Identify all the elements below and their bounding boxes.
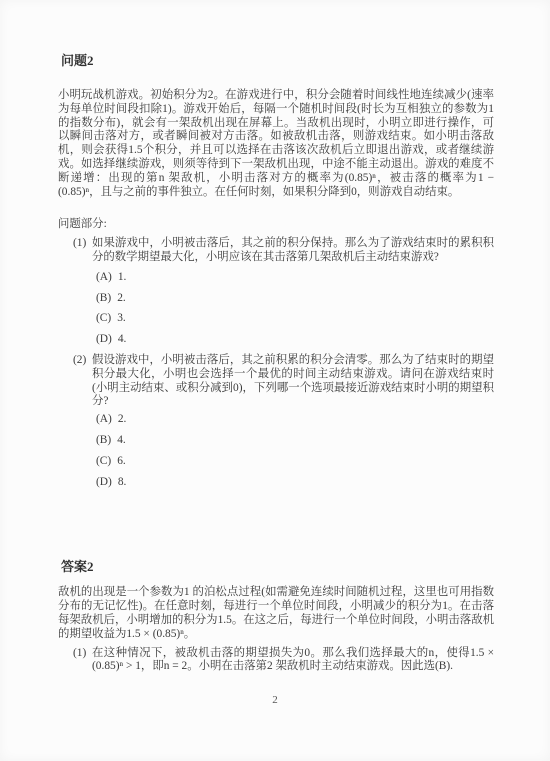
option-value: 3. — [117, 312, 126, 324]
option-value: 6. — [117, 455, 126, 467]
document-page: 问题2 小明玩战机游戏。初始积分为2。在游戏进行中，积分会随着时间线性地连续减少… — [0, 0, 550, 761]
question-2: (2) 假设游戏中，小明被击落后，其之前积累的积分会清零。那么为了结束时的期望积… — [58, 354, 494, 489]
option-label: (D) — [96, 476, 112, 488]
option-value: 2. — [117, 292, 126, 304]
option-label: (C) — [96, 312, 111, 324]
question-1-marker: (1) — [73, 237, 86, 251]
option-label: (B) — [96, 434, 111, 446]
option-value: 4. — [118, 333, 127, 345]
option-row: (B)2. — [96, 292, 494, 306]
question-1: (1) 如果游戏中，小明被击落后，其之前的积分保持。那么为了游戏结束时的累积积分… — [58, 237, 494, 347]
option-value: 8. — [118, 476, 127, 488]
answer-item-1-text: 在这种情况下，被敌机击落的期望损失为0。那么我们选择最大的n，使得1.5 × (… — [92, 647, 494, 673]
option-row: (D)8. — [96, 476, 494, 490]
option-label: (A) — [96, 271, 112, 283]
problem-statement: 小明玩战机游戏。初始积分为2。在游戏进行中，积分会随着时间线性地连续减少(速率为… — [58, 89, 494, 199]
answer-statement: 敌机的出现是一个参数为1 的泊松点过程(如需避免连续时间随机过程，这里也可用指数… — [58, 586, 494, 641]
option-row: (C)6. — [96, 455, 494, 469]
page-content: 问题2 小明玩战机游戏。初始积分为2。在游戏进行中，积分会随着时间线性地连续减少… — [0, 0, 550, 674]
option-value: 1. — [118, 271, 127, 283]
answer-item-1-marker: (1) — [73, 647, 86, 661]
option-row: (B)4. — [96, 434, 494, 448]
option-row: (D)4. — [96, 333, 494, 347]
option-row: (A)1. — [96, 271, 494, 285]
option-label: (A) — [96, 413, 112, 425]
option-row: (A)2. — [96, 413, 494, 427]
question-2-options: (A)2. (B)4. (C)6. (D)8. — [92, 413, 494, 489]
question-2-text: 假设游戏中，小明被击落后，其之前积累的积分会清零。那么为了结束时的期望积分最大化… — [92, 354, 494, 407]
option-label: (B) — [96, 292, 111, 304]
problem-section-title: 问题2 — [61, 50, 494, 69]
question-2-marker: (2) — [73, 354, 86, 368]
option-value: 2. — [118, 413, 127, 425]
page-number: 2 — [0, 694, 550, 706]
option-row: (C)3. — [96, 312, 494, 326]
answer-item-1: (1) 在这种情况下，被敌机击落的期望损失为0。那么我们选择最大的n，使得1.5… — [58, 647, 494, 675]
option-label: (D) — [96, 333, 112, 345]
question-1-text: 如果游戏中，小明被击落后，其之前的积分保持。那么为了游戏结束时的累积积分的数学期… — [92, 237, 494, 263]
problem-parts-label: 问题部分: — [58, 218, 494, 232]
question-1-options: (A)1. (B)2. (C)3. (D)4. — [92, 271, 494, 347]
option-label: (C) — [96, 455, 111, 467]
answer-section-title: 答案2 — [61, 556, 494, 575]
option-value: 4. — [117, 434, 126, 446]
